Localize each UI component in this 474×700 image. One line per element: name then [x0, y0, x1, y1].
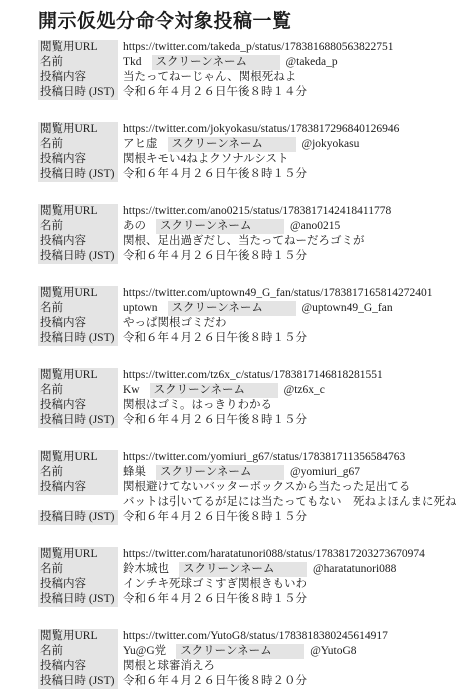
- document-page: 開示仮処分命令対象投稿一覧 閲覧用URL https://twitter.com…: [0, 0, 474, 689]
- screen-name-label: スクリーンネーム: [156, 465, 284, 480]
- post-url: https://twitter.com/jokyokasu/status/178…: [123, 122, 399, 137]
- content-field-label: 投稿内容: [38, 316, 118, 331]
- content-field-label: 投稿内容: [38, 659, 118, 674]
- content-row: 投稿内容 関根、足出過ぎだし、当たってねーだろゴミが: [38, 234, 466, 249]
- post-entry: 閲覧用URL https://twitter.com/ano0215/statu…: [38, 204, 466, 264]
- content-row: 投稿内容 関根はゴミ。はっきりわかる: [38, 398, 466, 413]
- post-content: 当たってねーじゃん、関根死ねよ: [123, 70, 296, 85]
- datetime-row: 投稿日時 (JST) 令和６年４月２６日午後８時２０分: [38, 674, 466, 689]
- author-name: uptown: [123, 302, 158, 314]
- url-row: 閲覧用URL https://twitter.com/takeda_p/stat…: [38, 40, 466, 55]
- content-field-label: 投稿内容: [38, 480, 118, 495]
- post-entry: 閲覧用URL https://twitter.com/haratatunori0…: [38, 547, 466, 607]
- name-value: アヒ虚スクリーンネーム@jokyokasu: [123, 137, 359, 152]
- post-entry: 閲覧用URL https://twitter.com/uptown49_G_fa…: [38, 286, 466, 346]
- datetime-row: 投稿日時 (JST) 令和６年４月２６日午後８時１４分: [38, 85, 466, 100]
- post-url: https://twitter.com/YutoG8/status/178381…: [123, 629, 388, 644]
- name-value: 蜂巣スクリーンネーム@yomiuri_g67: [123, 465, 360, 480]
- author-name: 蜂巣: [123, 466, 146, 478]
- post-datetime: 令和６年４月２６日午後８時１５分: [123, 167, 307, 182]
- post-content: 関根避けてないバッターボックスから当たった足出てる バットは引いてるが足には当た…: [123, 480, 457, 510]
- post-url: https://twitter.com/takeda_p/status/1783…: [123, 40, 394, 55]
- name-row: 名前 鈴木城也スクリーンネーム@haratatunori088: [38, 562, 466, 577]
- post-entry: 閲覧用URL https://twitter.com/yomiuri_g67/s…: [38, 450, 466, 525]
- url-field-label: 閲覧用URL: [38, 547, 118, 562]
- screen-name-label: スクリーンネーム: [156, 219, 284, 234]
- name-row: 名前 uptownスクリーンネーム@uptown49_G_fan: [38, 301, 466, 316]
- url-row: 閲覧用URL https://twitter.com/uptown49_G_fa…: [38, 286, 466, 301]
- author-name: 鈴木城也: [123, 563, 169, 575]
- name-row: 名前 Tkdスクリーンネーム@takeda_p: [38, 55, 466, 70]
- datetime-field-label: 投稿日時 (JST): [38, 674, 118, 689]
- post-content: 関根キモい4ねよクソナルシスト: [123, 152, 289, 167]
- post-entry: 閲覧用URL https://twitter.com/YutoG8/status…: [38, 629, 466, 689]
- name-row: 名前 Kwスクリーンネーム@tz6x_c: [38, 383, 466, 398]
- post-datetime: 令和６年４月２６日午後８時１４分: [123, 85, 307, 100]
- url-field-label: 閲覧用URL: [38, 286, 118, 301]
- content-row: 投稿内容 インチキ死球ゴミすぎ関根きもいわ: [38, 577, 466, 592]
- post-content: 関根、足出過ぎだし、当たってねーだろゴミが: [123, 234, 365, 249]
- post-url: https://twitter.com/uptown49_G_fan/statu…: [123, 286, 433, 301]
- name-field-label: 名前: [38, 301, 118, 316]
- post-url: https://twitter.com/tz6x_c/status/178381…: [123, 368, 383, 383]
- url-row: 閲覧用URL https://twitter.com/YutoG8/status…: [38, 629, 466, 644]
- name-row: 名前 Yu@G党スクリーンネーム@YutoG8: [38, 644, 466, 659]
- post-datetime: 令和６年４月２６日午後８時１５分: [123, 249, 307, 264]
- name-value: Yu@G党スクリーンネーム@YutoG8: [123, 644, 357, 659]
- post-url: https://twitter.com/yomiuri_g67/status/1…: [123, 450, 405, 465]
- url-field-label: 閲覧用URL: [38, 629, 118, 644]
- url-field-label: 閲覧用URL: [38, 368, 118, 383]
- author-name: Yu@G党: [123, 645, 166, 657]
- url-field-label: 閲覧用URL: [38, 450, 118, 465]
- author-handle: @ano0215: [290, 220, 340, 232]
- url-row: 閲覧用URL https://twitter.com/tz6x_c/status…: [38, 368, 466, 383]
- post-url: https://twitter.com/ano0215/status/17838…: [123, 204, 391, 219]
- url-field-label: 閲覧用URL: [38, 40, 118, 55]
- url-row: 閲覧用URL https://twitter.com/haratatunori0…: [38, 547, 466, 562]
- author-name: Tkd: [123, 56, 142, 68]
- screen-name-label: スクリーンネーム: [168, 137, 296, 152]
- datetime-row: 投稿日時 (JST) 令和６年４月２６日午後８時１５分: [38, 249, 466, 264]
- name-field-label: 名前: [38, 219, 118, 234]
- author-handle: @jokyokasu: [302, 138, 360, 150]
- name-field-label: 名前: [38, 137, 118, 152]
- post-datetime: 令和６年４月２６日午後８時２０分: [123, 674, 307, 689]
- name-field-label: 名前: [38, 383, 118, 398]
- author-handle: @yomiuri_g67: [290, 466, 360, 478]
- name-field-label: 名前: [38, 465, 118, 480]
- post-entry: 閲覧用URL https://twitter.com/takeda_p/stat…: [38, 40, 466, 100]
- name-row: 名前 アヒ虚スクリーンネーム@jokyokasu: [38, 137, 466, 152]
- post-datetime: 令和６年４月２６日午後８時１５分: [123, 413, 307, 428]
- author-handle: @YutoG8: [310, 645, 356, 657]
- screen-name-label: スクリーンネーム: [179, 562, 307, 577]
- datetime-field-label: 投稿日時 (JST): [38, 592, 118, 607]
- author-handle: @haratatunori088: [313, 563, 396, 575]
- screen-name-label: スクリーンネーム: [168, 301, 296, 316]
- name-field-label: 名前: [38, 55, 118, 70]
- post-datetime: 令和６年４月２６日午後８時１５分: [123, 592, 307, 607]
- name-value: Kwスクリーンネーム@tz6x_c: [123, 383, 325, 398]
- url-field-label: 閲覧用URL: [38, 204, 118, 219]
- content-row: 投稿内容 関根避けてないバッターボックスから当たった足出てる バットは引いてるが…: [38, 480, 466, 510]
- content-row: 投稿内容 当たってねーじゃん、関根死ねよ: [38, 70, 466, 85]
- name-value: uptownスクリーンネーム@uptown49_G_fan: [123, 301, 393, 316]
- datetime-field-label: 投稿日時 (JST): [38, 331, 118, 346]
- url-row: 閲覧用URL https://twitter.com/yomiuri_g67/s…: [38, 450, 466, 465]
- author-name: Kw: [123, 384, 140, 396]
- author-handle: @tz6x_c: [284, 384, 325, 396]
- post-content: 関根はゴミ。はっきりわかる: [123, 398, 272, 413]
- post-datetime: 令和６年４月２６日午後８時１５分: [123, 510, 307, 525]
- content-row: 投稿内容 やっぱ関根ゴミだわ: [38, 316, 466, 331]
- datetime-row: 投稿日時 (JST) 令和６年４月２６日午後８時１５分: [38, 331, 466, 346]
- post-content: やっぱ関根ゴミだわ: [123, 316, 227, 331]
- datetime-row: 投稿日時 (JST) 令和６年４月２６日午後８時１５分: [38, 167, 466, 182]
- url-row: 閲覧用URL https://twitter.com/jokyokasu/sta…: [38, 122, 466, 137]
- content-row: 投稿内容 関根と球審消えろ: [38, 659, 466, 674]
- author-name: アヒ虚: [123, 138, 158, 150]
- author-handle: @uptown49_G_fan: [302, 302, 393, 314]
- datetime-field-label: 投稿日時 (JST): [38, 249, 118, 264]
- datetime-row: 投稿日時 (JST) 令和６年４月２６日午後８時１５分: [38, 510, 466, 525]
- content-field-label: 投稿内容: [38, 398, 118, 413]
- datetime-field-label: 投稿日時 (JST): [38, 85, 118, 100]
- name-value: あのスクリーンネーム@ano0215: [123, 219, 340, 234]
- name-row: 名前 蜂巣スクリーンネーム@yomiuri_g67: [38, 465, 466, 480]
- post-content: 関根と球審消えろ: [123, 659, 215, 674]
- content-row: 投稿内容 関根キモい4ねよクソナルシスト: [38, 152, 466, 167]
- screen-name-label: スクリーンネーム: [152, 55, 280, 70]
- post-content: インチキ死球ゴミすぎ関根きもいわ: [123, 577, 307, 592]
- datetime-row: 投稿日時 (JST) 令和６年４月２６日午後８時１５分: [38, 592, 466, 607]
- name-value: Tkdスクリーンネーム@takeda_p: [123, 55, 338, 70]
- name-field-label: 名前: [38, 644, 118, 659]
- name-row: 名前 あのスクリーンネーム@ano0215: [38, 219, 466, 234]
- datetime-row: 投稿日時 (JST) 令和６年４月２６日午後８時１５分: [38, 413, 466, 428]
- author-name: あの: [123, 220, 146, 232]
- content-field-label: 投稿内容: [38, 70, 118, 85]
- datetime-field-label: 投稿日時 (JST): [38, 510, 118, 525]
- post-url: https://twitter.com/haratatunori088/stat…: [123, 547, 425, 562]
- url-row: 閲覧用URL https://twitter.com/ano0215/statu…: [38, 204, 466, 219]
- datetime-field-label: 投稿日時 (JST): [38, 413, 118, 428]
- name-value: 鈴木城也スクリーンネーム@haratatunori088: [123, 562, 396, 577]
- datetime-field-label: 投稿日時 (JST): [38, 167, 118, 182]
- name-field-label: 名前: [38, 562, 118, 577]
- page-title: 開示仮処分命令対象投稿一覧: [38, 10, 466, 34]
- content-field-label: 投稿内容: [38, 234, 118, 249]
- content-field-label: 投稿内容: [38, 577, 118, 592]
- screen-name-label: スクリーンネーム: [150, 383, 278, 398]
- author-handle: @takeda_p: [286, 56, 338, 68]
- post-datetime: 令和６年４月２６日午後８時１５分: [123, 331, 307, 346]
- post-entry: 閲覧用URL https://twitter.com/tz6x_c/status…: [38, 368, 466, 428]
- post-entry: 閲覧用URL https://twitter.com/jokyokasu/sta…: [38, 122, 466, 182]
- url-field-label: 閲覧用URL: [38, 122, 118, 137]
- content-field-label: 投稿内容: [38, 152, 118, 167]
- screen-name-label: スクリーンネーム: [176, 644, 304, 659]
